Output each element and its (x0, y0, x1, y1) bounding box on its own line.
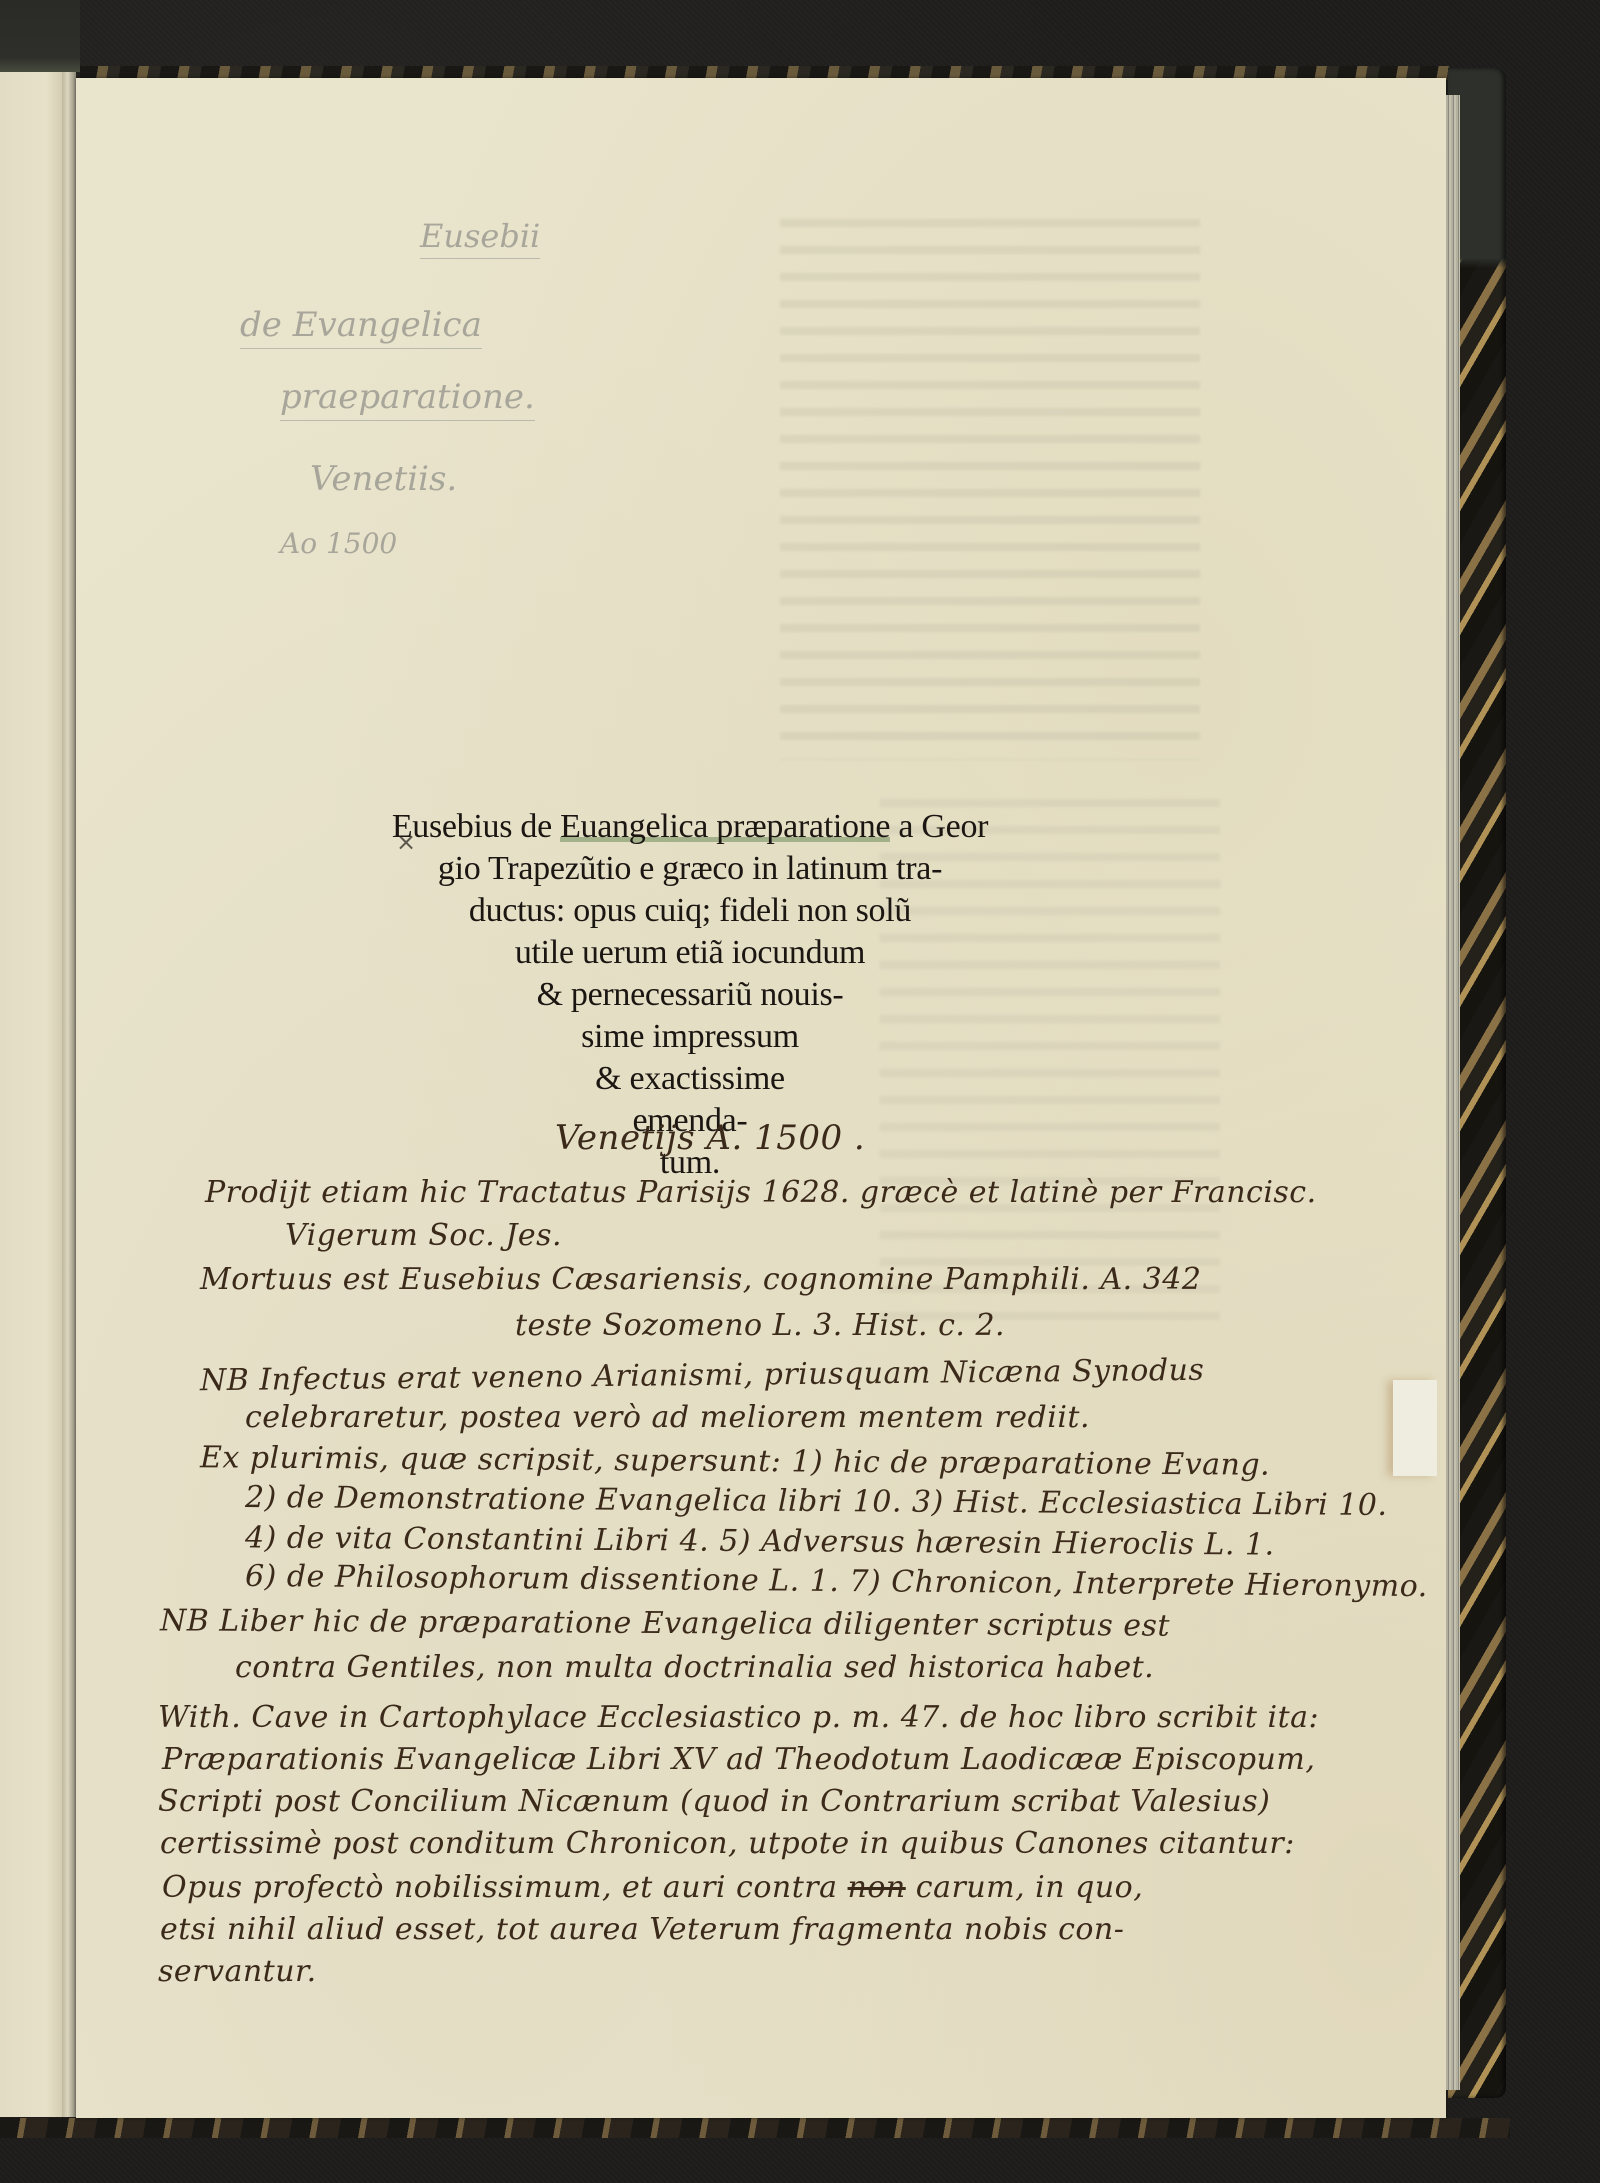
title-line: ductus: opus cuiq; fideli non solũ (380, 890, 1000, 932)
annotation-line: Prodijt etiam hic Tractatus Parisijs 162… (205, 1175, 1317, 1210)
title-line: Eusebius de Euangelica præparatione a Ge… (380, 806, 1000, 848)
pencil-line: Ao 1500 (280, 530, 397, 558)
pencil-line: Venetiis. (310, 462, 457, 496)
title-line-text: Eusebius de (392, 808, 560, 845)
title-line: & exactissime (380, 1058, 1000, 1100)
annotation-text: carum, in quo, (906, 1870, 1143, 1905)
title-line: sime impressum (380, 1016, 1000, 1058)
annotation-text: Opus profectò nobilissimum, et auri cont… (162, 1870, 848, 1905)
annotation-line: etsi nihil aliud esset, tot aurea Veteru… (160, 1912, 1124, 1947)
annotation-line: Opus profectò nobilissimum, et auri cont… (162, 1870, 1143, 1905)
show-through-text (780, 200, 1200, 760)
annotation-line: servantur. (158, 1954, 317, 1989)
annotation-line: Scripti post Concilium Nicænum (quod in … (158, 1784, 1270, 1819)
pencil-line: praeparatione. (280, 380, 535, 421)
annotation-line: celebraretur, postea verò ad meliorem me… (245, 1400, 1090, 1435)
imprint-handwritten: Venetijs A. 1500 . (555, 1118, 865, 1158)
title-line-text: a Geor (890, 808, 988, 845)
annotation-line: Præparationis Evangelicæ Libri XV ad The… (162, 1742, 1315, 1777)
annotation-line: Vigerum Soc. Jes. (285, 1218, 562, 1253)
annotation-line: contra Gentiles, non multa doctrinalia s… (235, 1650, 1154, 1685)
annotation-line: NB Liber hic de præparatione Evangelica … (160, 1603, 1170, 1643)
verso-page-edge (0, 72, 67, 2117)
verso-board-top (0, 0, 80, 72)
title-line: gio Trapezũtio e græco in latinum tra- (380, 848, 1000, 890)
paper-tab (1393, 1380, 1437, 1476)
title-line: utile uerum etiã iocundum (380, 932, 1000, 974)
book-gutter (62, 72, 76, 2117)
pencil-line: Eusebii (420, 220, 540, 259)
annotation-line: Ex plurimis, quæ scripsit, supersunt: 1)… (200, 1440, 1270, 1482)
annotation-line: Mortuus est Eusebius Cæsariensis, cognom… (200, 1262, 1201, 1297)
page-edges (1446, 95, 1460, 2090)
title-line: & pernecessariũ nouis- (380, 974, 1000, 1016)
pencil-line: de Evangelica (240, 308, 482, 349)
annotation-line: 4) de vita Constantini Libri 4. 5) Adver… (245, 1520, 1275, 1562)
highlighted-phrase: Euangelica præparatione (560, 808, 890, 845)
bottom-board-edge (0, 2118, 1510, 2138)
annotation-line: certissimè post conditum Chronicon, utpo… (160, 1826, 1295, 1861)
annotation-line: teste Sozomeno L. 3. Hist. c. 2. (515, 1308, 1005, 1343)
annotation-line: With. Cave in Cartophylace Ecclesiastico… (158, 1700, 1319, 1735)
struck-word: non (848, 1870, 906, 1905)
